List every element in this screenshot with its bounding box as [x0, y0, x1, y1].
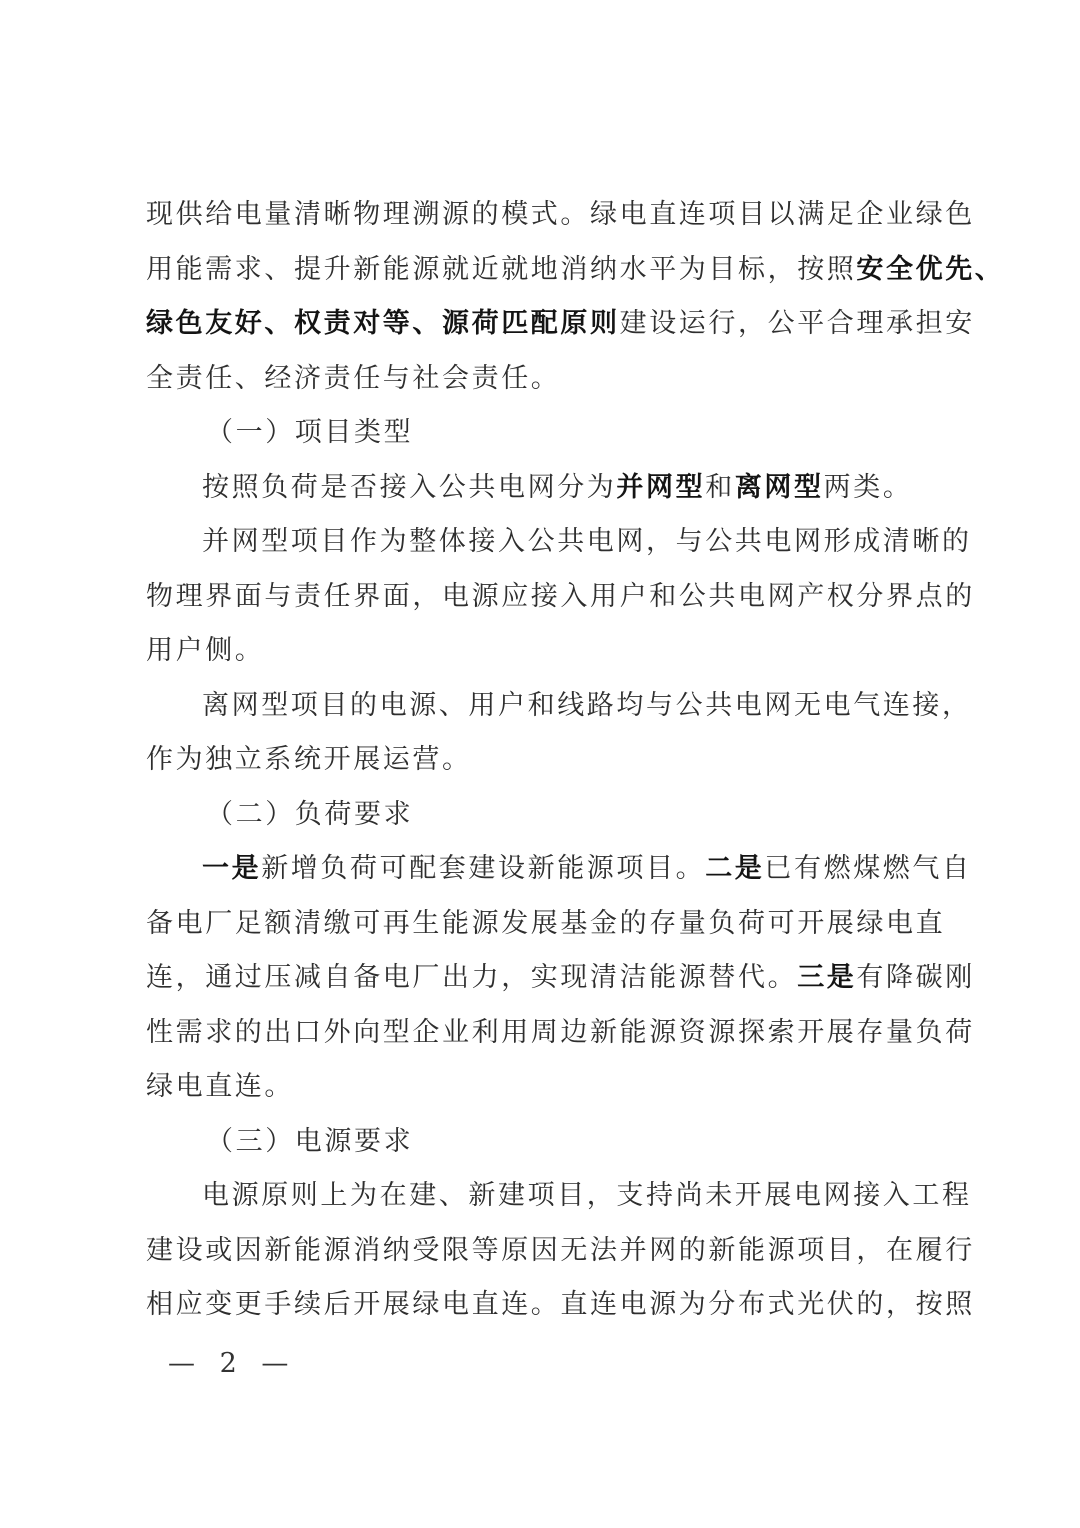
- text-line: 建设或因新能源消纳受限等原因无法并网的新能源项目，在履行: [146, 1224, 946, 1279]
- text-line: 一是新增负荷可配套建设新能源项目。二是已有燃煤燃气自: [146, 842, 946, 897]
- text-run: 作为独立系统开展运营。: [146, 744, 472, 775]
- text-run: 相应变更手续后开展绿电直连。直连电源为分布式光伏的，按照: [146, 1289, 975, 1320]
- text-run: 已有燃煤燃气自: [764, 853, 971, 884]
- text-line: 按照负荷是否接入公共电网分为并网型和离网型两类。: [146, 461, 946, 516]
- bold-text: 三是: [797, 962, 856, 993]
- text-run: 有降碳刚: [856, 962, 974, 993]
- text-run: 备电厂足额清缴可再生能源发展基金的存量负荷可开展绿电直: [146, 908, 945, 939]
- text-run: 和: [705, 472, 735, 503]
- text-line: 离网型项目的电源、用户和线路均与公共电网无电气连接，: [146, 679, 946, 734]
- text-line: 用能需求、提升新能源就近就地消纳水平为目标，按照安全优先、: [146, 243, 946, 298]
- text-line: 并网型项目作为整体接入公共电网，与公共电网形成清晰的: [146, 515, 946, 570]
- bold-text: 安全优先、: [856, 254, 1004, 285]
- bold-text: 绿色友好、权责对等、源荷匹配原则: [146, 308, 620, 339]
- text-line: 全责任、经济责任与社会责任。: [146, 352, 946, 407]
- text-line: 连，通过压减自备电厂出力，实现清洁能源替代。三是有降碳刚: [146, 951, 946, 1006]
- text-line: 性需求的出口外向型企业利用周边新能源资源探索开展存量负荷: [146, 1006, 946, 1061]
- section-heading: （三）电源要求: [146, 1115, 946, 1170]
- text-line: 电源原则上为在建、新建项目，支持尚未开展电网接入工程: [146, 1169, 946, 1224]
- text-run: 建设运行，公平合理承担安: [620, 308, 975, 339]
- text-run: 用能需求、提升新能源就近就地消纳水平为目标，按照: [146, 254, 856, 285]
- text-line: 物理界面与责任界面，电源应接入用户和公共电网产权分界点的: [146, 570, 946, 625]
- text-run: 用户侧。: [146, 635, 264, 666]
- text-run: 新增负荷可配套建设新能源项目。: [261, 853, 705, 884]
- bold-text: 离网型: [735, 472, 824, 503]
- text-run: 两类。: [824, 472, 913, 503]
- text-run: 并网型项目作为整体接入公共电网，与公共电网形成清晰的: [202, 526, 972, 557]
- text-run: 全责任、经济责任与社会责任。: [146, 363, 560, 394]
- page-number: — 2 —: [168, 1348, 296, 1379]
- bold-text: 并网型: [616, 472, 705, 503]
- text-run: 性需求的出口外向型企业利用周边新能源资源探索开展存量负荷: [146, 1017, 975, 1048]
- section-heading: （二）负荷要求: [146, 788, 946, 843]
- section-heading: （一）项目类型: [146, 406, 946, 461]
- bold-text: 二是: [705, 853, 764, 884]
- bold-text: 一是: [202, 853, 261, 884]
- text-run: 现供给电量清晰物理溯源的模式。绿电直连项目以满足企业绿色: [146, 199, 975, 230]
- text-line: 作为独立系统开展运营。: [146, 733, 946, 788]
- text-line: 现供给电量清晰物理溯源的模式。绿电直连项目以满足企业绿色: [146, 188, 946, 243]
- text-line: 绿色友好、权责对等、源荷匹配原则建设运行，公平合理承担安: [146, 297, 946, 352]
- text-line: 相应变更手续后开展绿电直连。直连电源为分布式光伏的，按照: [146, 1278, 946, 1333]
- document-body: 现供给电量清晰物理溯源的模式。绿电直连项目以满足企业绿色用能需求、提升新能源就近…: [146, 188, 946, 1333]
- text-run: 离网型项目的电源、用户和线路均与公共电网无电气连接，: [202, 690, 972, 721]
- text-run: 物理界面与责任界面，电源应接入用户和公共电网产权分界点的: [146, 581, 975, 612]
- text-run: 连，通过压减自备电厂出力，实现清洁能源替代。: [146, 962, 797, 993]
- document-page: 现供给电量清晰物理溯源的模式。绿电直连项目以满足企业绿色用能需求、提升新能源就近…: [0, 0, 1080, 1528]
- text-run: 电源原则上为在建、新建项目，支持尚未开展电网接入工程: [202, 1180, 972, 1211]
- text-run: 绿电直连。: [146, 1071, 294, 1102]
- text-line: 绿电直连。: [146, 1060, 946, 1115]
- text-line: 用户侧。: [146, 624, 946, 679]
- text-run: 建设或因新能源消纳受限等原因无法并网的新能源项目，在履行: [146, 1235, 975, 1266]
- text-line: 备电厂足额清缴可再生能源发展基金的存量负荷可开展绿电直: [146, 897, 946, 952]
- text-run: 按照负荷是否接入公共电网分为: [202, 472, 616, 503]
